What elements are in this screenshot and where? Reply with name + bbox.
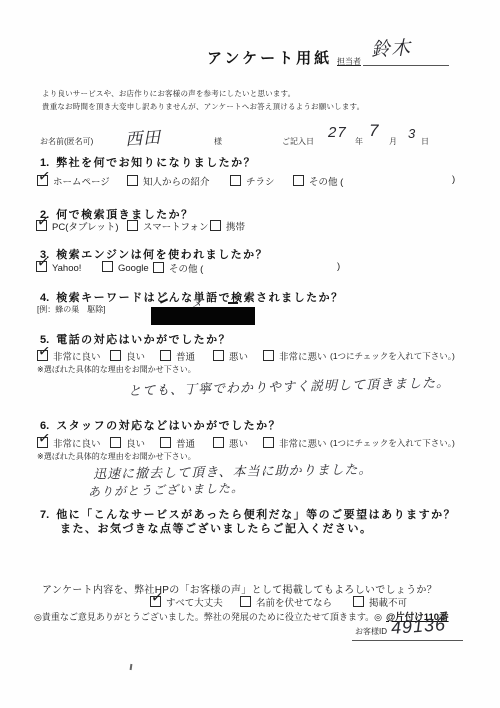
checkbox[interactable] <box>153 262 164 273</box>
q1-text: 弊社を何でお知りになりましたか？ <box>56 157 256 169</box>
checkbox[interactable] <box>293 175 304 186</box>
option-label: 非常に良い <box>53 439 101 450</box>
option-label: 非常に悪い <box>279 352 327 363</box>
option-label: チラシ <box>246 177 275 188</box>
q1-option-homepage: ホームページ <box>37 174 110 188</box>
q5-reason-prompt: ※選ばれた具体的な理由をお聞かせ下さい。 <box>37 364 196 375</box>
q3-option-google: Google <box>102 261 149 274</box>
q6-option-normal: 普通 <box>160 436 195 450</box>
day-unit: 日 <box>421 136 429 147</box>
honorific: 様 <box>214 136 222 147</box>
option-label: ホームページ <box>53 177 110 188</box>
publish-option-all-ok: すべて大丈夫 <box>150 595 223 609</box>
date-label: ご記入日 <box>282 136 314 147</box>
option-label: 携帯 <box>226 222 245 233</box>
checkbox[interactable] <box>230 175 241 186</box>
checkbox[interactable] <box>353 596 364 607</box>
option-label: その他 ( <box>169 264 203 275</box>
option-label: 良い <box>126 352 145 363</box>
q1-paren-close: ) <box>452 174 455 185</box>
checkbox[interactable] <box>150 596 161 607</box>
q6-text: スタッフの対応などはいかがでしたか？ <box>56 420 281 432</box>
questionnaire-page: アンケート用紙 鈴木 担当者 より良いサービスや、お店作りにお客様の声を参考にし… <box>0 0 500 708</box>
q1-option-other: その他 ( <box>293 174 343 188</box>
option-label: 悪い <box>229 439 248 450</box>
q2-option-smartphone: スマートフォン <box>127 219 209 233</box>
customer-id-underline <box>352 640 463 641</box>
checkbox[interactable] <box>263 350 274 361</box>
option-label: Google <box>118 263 149 274</box>
option-label: 知人からの紹介 <box>143 177 210 188</box>
option-label: その他 ( <box>309 177 343 188</box>
checkbox[interactable] <box>37 437 48 448</box>
checkbox[interactable] <box>210 220 221 231</box>
checkbox[interactable] <box>213 437 224 448</box>
q6-option-good: 良い <box>110 436 145 450</box>
option-label: 普通 <box>176 439 195 450</box>
q6-answer-line2-handwritten: ありがとうございました。 <box>88 479 244 500</box>
q1-option-flyer: チラシ <box>230 174 275 188</box>
intro-line-1: より良いサービスや、お店作りにお客様の声を参考にしたいと思います。 <box>42 88 295 99</box>
q2-option-mobile: 携帯 <box>210 219 245 233</box>
option-label: 悪い <box>229 352 248 363</box>
q5-option-very-good: 非常に良い <box>37 349 101 363</box>
year-unit: 年 <box>355 136 363 147</box>
month-unit: 月 <box>389 136 397 147</box>
staff-underline <box>363 65 449 66</box>
q7-title-line2: また、お気づきな点等ございましたらご記入ください。 <box>60 520 373 536</box>
q3-paren-close: ) <box>337 261 340 272</box>
q6-option-very-good: 非常に良い <box>37 436 101 450</box>
option-label: 普通 <box>176 352 195 363</box>
q5-option-very-bad: 非常に悪い <box>263 349 327 363</box>
name-handwritten: 西田 <box>124 123 162 150</box>
intro-line-2: 貴重なお時間を頂き大変申し訳ありませんが、アンケートへお答え頂けるようお願いしま… <box>42 101 364 112</box>
q3-option-yahoo: Yahoo! <box>36 261 81 274</box>
day-handwritten: 3 <box>408 126 416 141</box>
checkbox[interactable] <box>127 220 138 231</box>
q6-title: 6.スタッフの対応などはいかがでしたか？ <box>40 417 281 433</box>
q3-text: 検索エンジンは何を使われましたか？ <box>56 249 268 261</box>
checkbox[interactable] <box>160 437 171 448</box>
name-label: お名前(匿名可) <box>40 136 93 147</box>
q6-reason-prompt: ※選ばれた具体的な理由をお聞かせ下さい。 <box>37 451 196 462</box>
checkbox[interactable] <box>102 261 113 272</box>
q4-number: 4. <box>40 292 49 304</box>
month-handwritten: 7 <box>369 121 379 141</box>
q3-title: 3.検索エンジンは何を使われましたか？ <box>40 246 268 262</box>
checkbox[interactable] <box>36 220 47 231</box>
option-label: 掲載不可 <box>369 598 407 609</box>
checkbox[interactable] <box>37 350 48 361</box>
option-label: Yahoo! <box>52 263 81 274</box>
q5-answer-handwritten: とても、丁寧でわかりやすく説明して頂きました。 <box>128 372 450 399</box>
publish-option-no-publish: 掲載不可 <box>353 595 407 609</box>
staff-field: 鈴木 担当者 <box>337 34 449 66</box>
q7-number: 7. <box>40 509 49 521</box>
q5-option-bad: 悪い <box>213 349 248 363</box>
q2-option-pc: PC(タブレット) <box>36 219 119 233</box>
option-label: PC(タブレット) <box>52 222 119 233</box>
year-handwritten: 27 <box>328 124 347 141</box>
q1-option-referral: 知人からの紹介 <box>127 174 210 188</box>
option-label: すべて大丈夫 <box>166 598 223 609</box>
q4-example: [例：蜂の巣 駆除] <box>37 304 105 315</box>
checkbox[interactable] <box>127 175 138 186</box>
q5-option-good: 良い <box>110 349 145 363</box>
option-label: 非常に良い <box>53 352 101 363</box>
redacted-answer <box>151 307 255 325</box>
checkbox[interactable] <box>213 350 224 361</box>
q6-option-bad: 悪い <box>213 436 248 450</box>
publish-question: アンケート内容を、弊社HPの「お客様の声」として掲載してもよろしいでしょうか？ <box>42 581 437 596</box>
q6-note: (1つにチェックを入れて下さい。) <box>330 437 455 449</box>
q3-option-other: その他 ( <box>153 261 203 275</box>
staff-name-handwritten: 鈴木 <box>370 33 411 62</box>
page-title: アンケート用紙 <box>207 47 332 68</box>
publish-option-anonymous: 名前を伏せてなら <box>240 595 332 609</box>
staff-label: 担当者 <box>337 56 361 67</box>
q1-title: 1.弊社を何でお知りになりましたか？ <box>40 154 256 170</box>
stray-mark <box>130 664 133 670</box>
q5-note: (1つにチェックを入れて下さい。) <box>330 350 455 362</box>
checkbox[interactable] <box>240 596 251 607</box>
ink-stroke <box>228 302 238 304</box>
checkbox[interactable] <box>160 350 171 361</box>
checkbox[interactable] <box>36 261 47 272</box>
thanks-text: ◎貴重なご意見ありがとうございました。弊社の発展のために役立たせて頂きます。◎ <box>34 610 382 623</box>
checkbox[interactable] <box>37 175 48 186</box>
customer-id-label: お客様ID <box>355 626 387 637</box>
customer-id-handwritten: 49136 <box>390 614 446 639</box>
option-label: スマートフォン <box>143 222 209 233</box>
q6-option-very-bad: 非常に悪い <box>263 436 327 450</box>
option-label: 非常に悪い <box>279 439 327 450</box>
option-label: 良い <box>126 439 145 450</box>
q5-text: 電話の対応はいかがでしたか？ <box>56 334 231 346</box>
q5-option-normal: 普通 <box>160 349 195 363</box>
q5-title: 5.電話の対応はいかがでしたか？ <box>40 331 231 347</box>
checkbox[interactable] <box>263 437 274 448</box>
checkbox[interactable] <box>110 350 121 361</box>
checkbox[interactable] <box>110 437 121 448</box>
option-label: 名前を伏せてなら <box>256 598 332 609</box>
